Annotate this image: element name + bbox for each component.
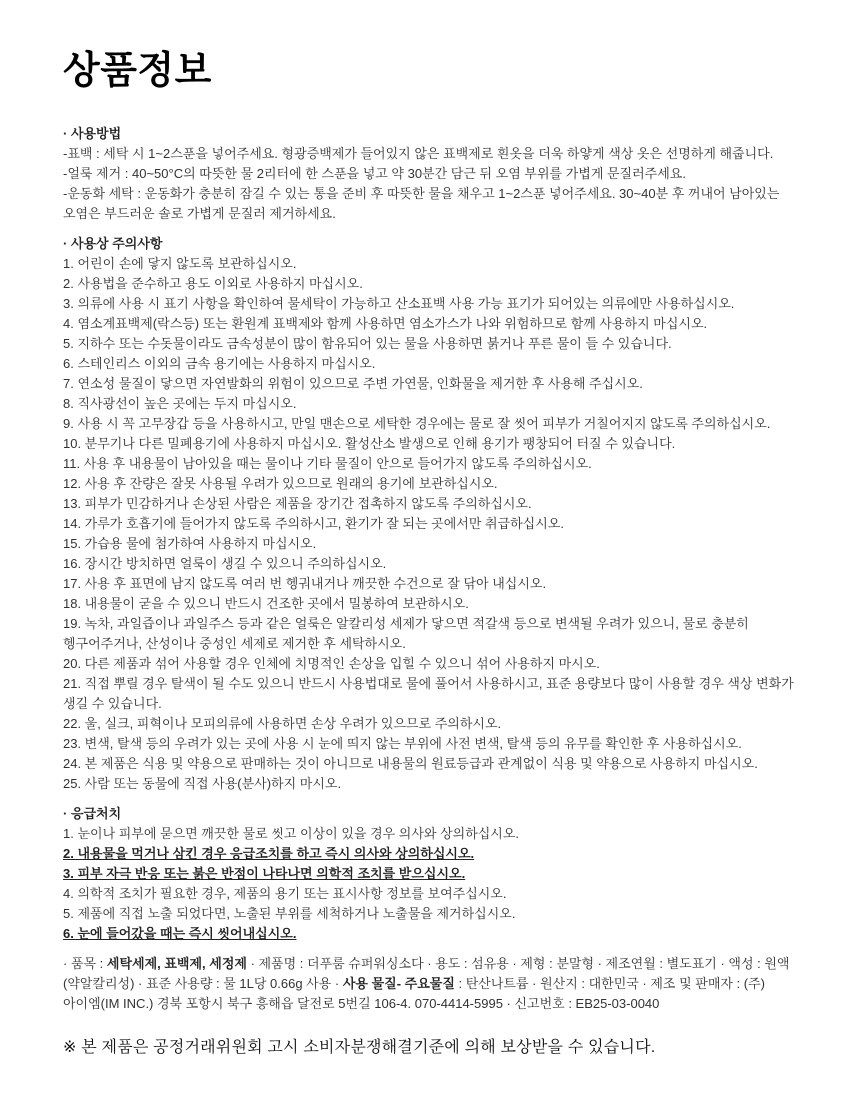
precaution-item: 20. 다른 제품과 섞어 사용할 경우 인체에 치명적인 손상을 입힐 수 있… — [63, 654, 797, 674]
product-details-segment: 사용 물질- 주요물질 — [343, 976, 455, 991]
product-details: · 품목 : 세탁세제, 표백제, 세정제 · 제품명 : 더푸룸 슈퍼워싱소다… — [63, 954, 797, 1014]
precaution-item: 5. 지하수 또는 수돗물이라도 금속성분이 많이 함유되어 있는 물을 사용하… — [63, 334, 797, 354]
precaution-item: 11. 사용 후 내용물이 남아있을 때는 물이나 기타 물질이 안으로 들어가… — [63, 454, 797, 474]
first-aid-item: 1. 눈이나 피부에 묻으면 깨끗한 물로 씻고 이상이 있을 경우 의사와 상… — [63, 824, 797, 844]
usage-line: -표백 : 세탁 시 1~2스푼을 넣어주세요. 형광증백제가 들어있지 않은 … — [63, 144, 797, 164]
first-aid-list: 1. 눈이나 피부에 묻으면 깨끗한 물로 씻고 이상이 있을 경우 의사와 상… — [63, 824, 797, 944]
precaution-item: 15. 가습용 물에 첨가하여 사용하지 마십시오. — [63, 534, 797, 554]
first-aid-item: 2. 내용물을 먹거나 삼킨 경우 응급조치를 하고 즉시 의사와 상의하십시오… — [63, 844, 797, 864]
usage-lines: -표백 : 세탁 시 1~2스푼을 넣어주세요. 형광증백제가 들어있지 않은 … — [63, 144, 797, 224]
first-aid-item: 6. 눈에 들어갔을 때는 즉시 씻어내십시오. — [63, 924, 797, 944]
first-aid-item: 4. 의학적 조치가 필요한 경우, 제품의 용기 또는 표시사항 정보를 보여… — [63, 884, 797, 904]
usage-line: -운동화 세탁 : 운동화가 충분히 잠길 수 있는 통을 준비 후 따뜻한 물… — [63, 184, 797, 224]
precautions-section: · 사용상 주의사항 1. 어린이 손에 닿지 않도록 보관하십시오. 2. 사… — [63, 234, 797, 794]
precaution-item: 17. 사용 후 표면에 남지 않도록 여러 번 헹궈내거나 깨끗한 수건으로 … — [63, 574, 797, 594]
precaution-item: 13. 피부가 민감하거나 손상된 사람은 제품을 장기간 접촉하지 않도록 주… — [63, 494, 797, 514]
precaution-item: 22. 울, 실크, 피혁이나 모피의류에 사용하면 손상 우려가 있으므로 주… — [63, 714, 797, 734]
precaution-item: 4. 염소계표백제(락스등) 또는 환원계 표백제와 함께 사용하면 염소가스가… — [63, 314, 797, 334]
precaution-item: 2. 사용법을 준수하고 용도 이외로 사용하지 마십시오. — [63, 274, 797, 294]
precaution-item: 10. 분무기나 다른 밀폐용기에 사용하지 마십시오. 활성산소 발생으로 인… — [63, 434, 797, 454]
first-aid-item: 3. 피부 자극 반응 또는 붉은 반점이 나타나면 의학적 조치를 받으십시오… — [63, 864, 797, 884]
precaution-item: 25. 사람 또는 동물에 직접 사용(분사)하지 마시오. — [63, 774, 797, 794]
first-aid-section: · 응급처치 1. 눈이나 피부에 묻으면 깨끗한 물로 씻고 이상이 있을 경… — [63, 804, 797, 944]
usage-section: · 사용방법 -표백 : 세탁 시 1~2스푼을 넣어주세요. 형광증백제가 들… — [63, 124, 797, 224]
precaution-list: 1. 어린이 손에 닿지 않도록 보관하십시오. 2. 사용법을 준수하고 용도… — [63, 254, 797, 794]
product-info-page: 상품정보 · 사용방법 -표백 : 세탁 시 1~2스푼을 넣어주세요. 형광증… — [0, 0, 860, 1100]
precaution-item: 21. 직접 뿌릴 경우 탈색이 될 수도 있으니 반드시 사용법대로 물에 풀… — [63, 674, 797, 714]
precaution-item: 16. 장시간 방치하면 얼룩이 생길 수 있으니 주의하십시오. — [63, 554, 797, 574]
precaution-item: 12. 사용 후 잔량은 잘못 사용될 우려가 있으므로 원래의 용기에 보관하… — [63, 474, 797, 494]
precaution-item: 14. 가루가 호흡기에 들어가지 않도록 주의하시고, 환기가 잘 되는 곳에… — [63, 514, 797, 534]
precaution-item: 8. 직사광선이 높은 곳에는 두지 마십시오. — [63, 394, 797, 414]
precaution-item: 19. 녹차, 과일즙이나 과일주스 등과 같은 얼룩은 알칼리성 세제가 닿으… — [63, 614, 797, 654]
precaution-item: 6. 스테인리스 이외의 금속 용기에는 사용하지 마십시오. — [63, 354, 797, 374]
precaution-item: 18. 내용물이 굳을 수 있으니 반드시 건조한 곳에서 밀봉하여 보관하시오… — [63, 594, 797, 614]
compensation-notice: ※ 본 제품은 공정거래위원회 고시 소비자분쟁해결기준에 의해 보상받을 수 … — [63, 1036, 797, 1060]
precaution-item: 3. 의류에 사용 시 표기 사항을 확인하여 물세탁이 가능하고 산소표백 사… — [63, 294, 797, 314]
precaution-item: 1. 어린이 손에 닿지 않도록 보관하십시오. — [63, 254, 797, 274]
precaution-item: 7. 연소성 물질이 닿으면 자연발화의 위험이 있으므로 주변 가연물, 인화… — [63, 374, 797, 394]
first-aid-item: 5. 제품에 직접 노출 되었다면, 노출된 부위를 세척하거나 노출물을 제거… — [63, 904, 797, 924]
precautions-section-heading: · 사용상 주의사항 — [63, 234, 797, 254]
precaution-item: 23. 변색, 탈색 등의 우려가 있는 곳에 사용 시 눈에 띄지 않는 부위… — [63, 734, 797, 754]
precaution-item: 24. 본 제품은 식용 및 약용으로 판매하는 것이 아니므로 내용물의 원료… — [63, 754, 797, 774]
first-aid-section-heading: · 응급처치 — [63, 804, 797, 824]
product-details-segment: · 품목 : — [63, 956, 107, 971]
usage-line: -얼룩 제거 : 40~50°C의 따뜻한 물 2리터에 한 스푼을 넣고 약 … — [63, 164, 797, 184]
precaution-item: 9. 사용 시 꼭 고무장갑 등을 사용하시고, 만일 맨손으로 세탁한 경우에… — [63, 414, 797, 434]
page-title: 상품정보 — [63, 50, 797, 94]
product-details-segment: 세탁세제, 표백제, 세정제 — [107, 956, 247, 971]
usage-section-heading: · 사용방법 — [63, 124, 797, 144]
